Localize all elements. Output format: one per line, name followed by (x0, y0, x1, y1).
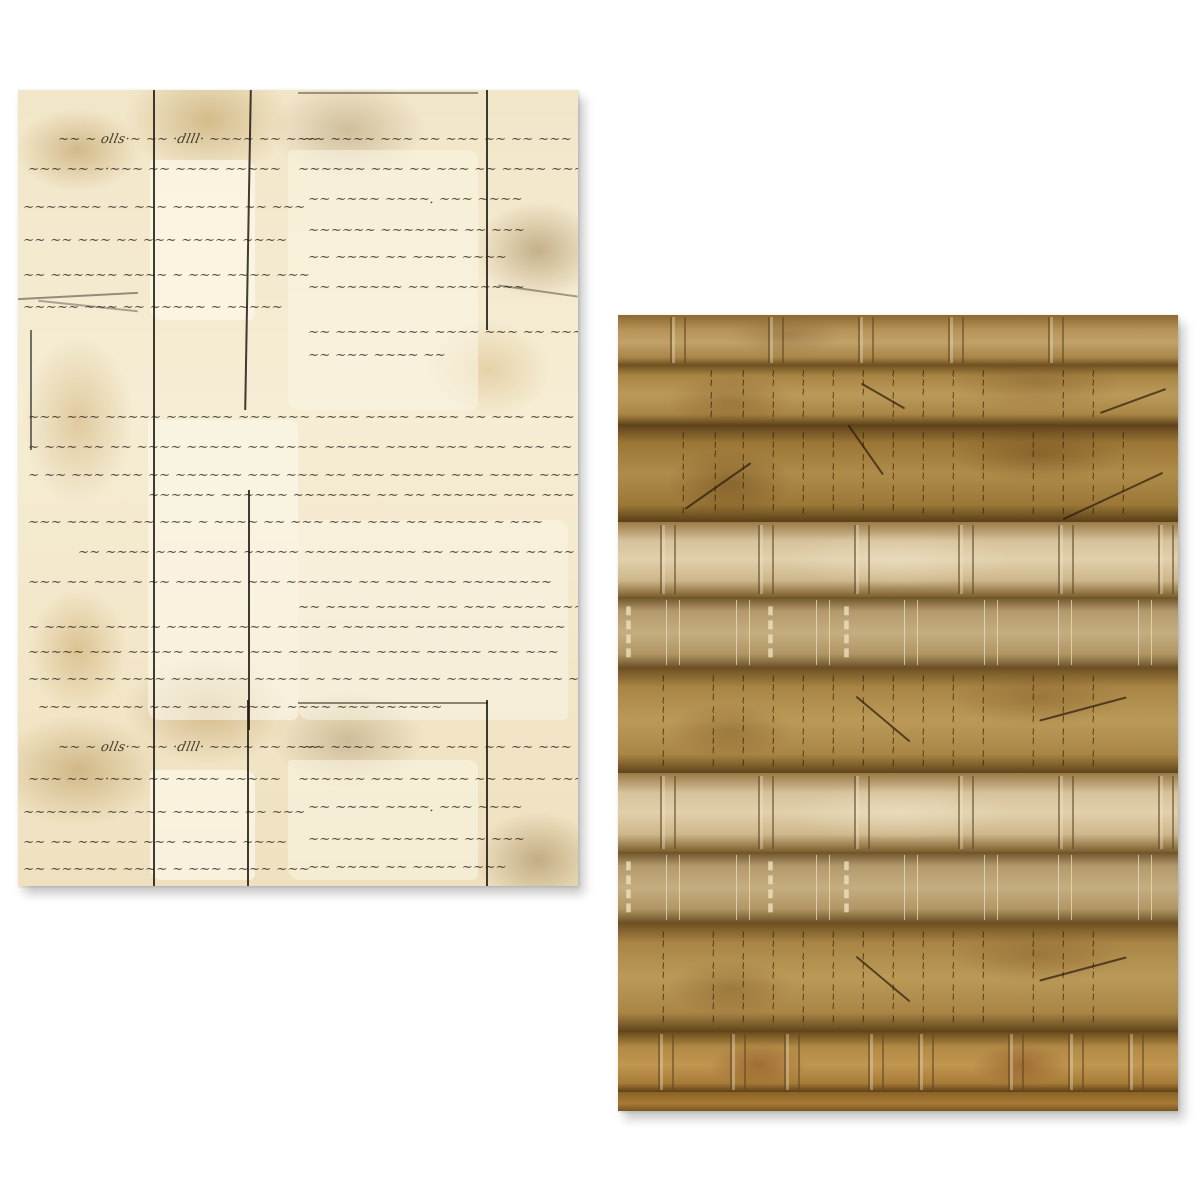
spine-rib (1008, 1034, 1024, 1089)
handwritten-letters-paper-sheet: ~~ ~ olls·~ ~~ ·dlll· ~~~~ ~~ ~~~ ~~ ~~~… (18, 90, 578, 886)
script-column: ~~ ~~~ ~~ ~~~ (798, 674, 810, 766)
handwriting-line: ~~ ~~~~~ ~~~ ~~~~ ~~~ ~~ ~~~ (306, 325, 578, 340)
script-column: ~~ ~~~~ ~~ (768, 369, 780, 422)
script-column: ~~ ~~~ ~~ ~~ (1118, 431, 1130, 516)
handwriting-line: ~~~~~~~ ~~ ~~~ ~~~~~~ ~~ ~~~ (21, 805, 307, 820)
spine-rib (784, 1034, 800, 1089)
spine-rib (1138, 600, 1152, 665)
crack-line (1039, 956, 1126, 981)
script-column: ~~~ ~~ ~~~ ~~ (768, 431, 780, 516)
handwriting-line: ~~~~~ ~~~ ~~~~~ ~~~~~ ~~~ ~~~~ ~~~ ~~~~ … (26, 645, 560, 660)
handwriting-line: ~~ ~~ ~~~ ~~ ~~~ ~~~~~ ~~~~ (21, 233, 289, 248)
handwriting-line: ~~ ~~~~~~ ~~~~ ~ ~~~ ~~~~ ~~~ (21, 862, 311, 877)
handwriting-line: ~~~~~~~ ~~ ~~~ ~~~~~~ ~~ ~~~ (21, 200, 307, 215)
spine-rib (1048, 317, 1064, 363)
script-column: ~~~ ~~ ~~~ (858, 369, 870, 422)
script-column: ~~~ ~~ ~~~ ~~ (768, 930, 780, 1026)
script-band: ~~ ~~~ ~~ ~~~ ~~ ~~~ ~~ ~~~ ~~ ~~ ~~~~ ~… (618, 923, 1178, 1032)
script-column: ~~ ~~~ ~~ ~~~ ~~ (658, 674, 670, 766)
handwriting-line: ~~~ ~~~~~~ ~~~ ~~~~ ~~~~ ~~~~ ~~~ ~~~~~~ (36, 700, 444, 715)
handwriting-line: ~~ ~~~~ ~~~~~ ~~ ~~~ ~~~~ ~~~~~~~ ~ (296, 600, 578, 615)
script-column: ~~~ ~~ ~~~ ~~ (708, 674, 720, 766)
script-column: ~~~ ~~ ~~~ ~~ (708, 930, 720, 1026)
script-column: ~~ ~~~~ ~~ (888, 369, 900, 422)
script-column: ~~~ ~~ ~~~ ~~ (828, 431, 840, 516)
handwriting-line: ~~ ~~~~ ~~~ ~~ ~~~ ~~ ~~ ~~~ (301, 132, 573, 147)
book-spine-band (618, 1092, 1178, 1111)
spine-rib (918, 1034, 934, 1089)
script-column: ~~~ ~~ ~~~ ~~ (888, 431, 900, 516)
spine-rib (816, 855, 830, 920)
handwriting-line: ~~~ ~~ ~~~ ~ ~~ ~~~~~~ ~~~ ~~~~~~ ~~ ~~~… (26, 575, 553, 590)
handwriting-line: ~~ ~~~ ~~~~ ~~ (306, 348, 447, 363)
script-column: ~~ ~~~ ~~ ~~ (978, 930, 990, 1026)
spine-rib (758, 776, 774, 849)
spine-rib (758, 525, 774, 594)
handwriting-line: ~~ ~ olls·~ ~~ ·dlll· ~~~~ ~~ ~~~ (56, 132, 321, 147)
script-column: ~~~ ~~ ~~ (1088, 369, 1100, 422)
spine-title-decorative: ▮▮▮▮▮ (840, 861, 870, 915)
paper-tear (247, 700, 249, 886)
spine-rib (854, 525, 870, 594)
script-column: ~~~ ~~ ~~ (978, 369, 990, 422)
spine-title-decorative: ▮▮▮▮▮▮ (764, 861, 794, 915)
script-column: ~~ ~~~ ~~ ~~~ (918, 431, 930, 516)
spine-rib (1058, 776, 1074, 849)
handwriting-line: ~~~ ~~ ~~ ~~~~ ~~~~~~~ ~~~~~ ~ ~~ ~~ ~~~… (26, 672, 578, 687)
handwriting-line: ~~ ~~~~ ~~~ ~~~~ ~~~~~ ~~~~~~~~~~ ~~ ~~~… (76, 545, 576, 560)
handwriting-line: ~~~~~~ ~~~~~~~ ~~ ~~~ (306, 832, 526, 847)
script-column: ~~ ~~~ ~~ ~~~ (918, 674, 930, 766)
script-column: ~~ ~~~ ~~ ~~~ (918, 930, 930, 1026)
spine-rib (1158, 525, 1174, 594)
crack-line (1039, 696, 1126, 721)
handwriting-line: ~~ ~~~~ ~~~ ~~ ~~~ ~~ ~~ ~~~ (301, 740, 573, 755)
spine-rib (1138, 855, 1152, 920)
spine-rib (1128, 1034, 1144, 1089)
handwriting-line: ~~~~~~ ~~~~~~ ~~~~~~~ ~~ ~~ ~~~~~~ ~~~ ~… (146, 488, 578, 503)
script-column: ~~~ ~~ ~~ ~~ (1088, 930, 1100, 1026)
script-column: ~~ ~~~~ ~~ ~~ (858, 930, 870, 1026)
handwriting-line: ~~ ~~~~~~ ~~ ~~~~~~~~ (306, 280, 526, 295)
spine-rib (658, 1034, 674, 1089)
script-column: ~~ ~~~~ ~~ ~~ (738, 930, 750, 1026)
spine-rib (904, 855, 918, 920)
handwriting-line: ~~ ~~~~ ~~ ~~~~ ~~~~ (306, 250, 508, 265)
script-column: ~~ ~~~ ~~ ~~~ (706, 369, 718, 422)
spine-rib (1058, 855, 1072, 920)
spine-rib (768, 317, 784, 363)
script-column: ~~ ~~~~ ~~ ~~ (738, 674, 750, 766)
script-column: ~~~ ~~ ~~~ (918, 369, 930, 422)
script-column: ~~ ~~~ ~~ (828, 369, 840, 422)
script-column: ~~~ ~~ ~~ ~~ (948, 674, 960, 766)
script-column: ~~~ ~~ ~~~ ~~ (828, 930, 840, 1026)
handwriting-line: ~~~~~~ ~~~~~~~ ~~ ~~~ (306, 223, 526, 238)
handwriting-line: ~~~ ~~ ~·~~~ ~~ ~~~~ ~~~~~ (26, 162, 282, 177)
spine-rib (854, 776, 870, 849)
spine-title-decorative: ▮▮▮▮▮▮ (622, 606, 652, 660)
spine-rib (670, 317, 686, 363)
handwriting-line: ~ ~~~ ~~ ~~ ~~~~ ~~~~~ ~~ ~~~~ ~~~~~ ~~~… (26, 440, 574, 455)
spine-rib (660, 525, 676, 594)
script-column: ~~~ ~~ ~~~ ~~ (888, 930, 900, 1026)
spine-rib (984, 600, 998, 665)
handwriting-line: ~~~ ~~~ ~~~~~ ~~~~~~ ~~~ ~~~ ~~~~ ~~~~ ~… (26, 410, 576, 425)
paper-tear (18, 292, 138, 300)
script-column: ~~~ ~~ ~~ ~~ (1028, 674, 1040, 766)
script-band: ~~ ~~~ ~~ ~~~ ~~ ~~~ ~~ ~~~ ~~ ~~ ~~~~ ~… (618, 668, 1178, 773)
spine-rib (958, 525, 974, 594)
script-column: ~~~ ~~ ~~~ ~~ (888, 674, 900, 766)
book-spine-band: ▮▮▮▮▮▮ ▮▮▮▮▮▮ ▮▮▮▮▮ (618, 852, 1178, 923)
spine-rib (736, 600, 750, 665)
script-column: ~~~ ~~ ~~ ~~ (948, 431, 960, 516)
book-spine-band (618, 1032, 1178, 1092)
book-spine-band: ▮▮▮▮▮▮ ▮▮▮▮▮▮ ▮▮▮▮▮ (618, 597, 1178, 668)
book-spine-band (618, 522, 1178, 597)
spine-rib (730, 1034, 746, 1089)
spine-title-decorative: ▮▮▮▮▮▮ (622, 861, 652, 915)
script-column: ~~ ~~~ ~~ (948, 369, 960, 422)
script-column: ~~~ ~~ ~~~ (798, 369, 810, 422)
spine-rib (816, 600, 830, 665)
spine-rib (858, 317, 874, 363)
spine-title-decorative: ▮▮▮▮▮ (840, 606, 870, 660)
handwriting-line: ~~ ~~ ~~~ ~~ ~~~ ~~~~~ ~~~~ (21, 835, 289, 850)
script-column: ~~ ~~~ ~~ ~~~ ~~ (678, 431, 690, 516)
crack-line (1100, 388, 1166, 414)
script-column: ~~~ ~~ ~~ ~~ (1088, 674, 1100, 766)
handwriting-line: ~~ ~~~~ ~~~~. ~~~ ~~~~ (306, 192, 524, 207)
spine-rib (666, 600, 680, 665)
spine-rib (948, 317, 964, 363)
spine-rib (868, 1034, 884, 1089)
book-spine-band (618, 315, 1178, 365)
book-spine-band (618, 773, 1178, 852)
handwriting-line: ~~~ ~~ ~·~~~ ~~ ~~~~ ~~~~~ (26, 772, 282, 787)
script-column: ~~~ ~~ ~~~ ~~ (768, 674, 780, 766)
spine-rib (666, 855, 680, 920)
script-column: ~~~ ~~ ~~~ ~~ (710, 431, 722, 516)
handwriting-line: ~~ ~~~~ ~~ ~~~~ ~~~~ (306, 860, 508, 875)
handwriting-line: ~~~~~~ ~~~ ~~ ~~~ ~~ ~~~~ ~~~~ (296, 772, 578, 787)
script-column: ~~ ~~~ ~~ ~~ (978, 674, 990, 766)
handwriting-line: ~ ~~ ~~~ ~~~ ~~ ~~~~~~ ~~~ ~~~ ~~ ~~~ ~~… (26, 468, 578, 483)
script-column: ~~ ~~~ ~~ ~~~ (798, 930, 810, 1026)
spine-rib (660, 776, 676, 849)
handwriting-line: ~~ ~~~~ ~~~~. ~~~ ~~~~ (306, 800, 524, 815)
spine-rib (1058, 600, 1072, 665)
spine-rib (984, 855, 998, 920)
handwriting-line: ~~ ~ olls·~ ~~ ·dlll· ~~~~ ~~ ~~~ (56, 740, 321, 755)
spine-title-decorative: ▮▮▮▮▮▮ (764, 606, 794, 660)
script-column: ~~~ ~~ ~~ ~~ (1028, 431, 1040, 516)
script-column: ~~~ ~~ ~~~ (738, 369, 750, 422)
script-band: ~~ ~~~ ~~ ~~~ ~~~ ~~ ~~~ ~~ ~~~~ ~~ ~~~ … (618, 365, 1178, 425)
script-column: ~~~ ~~ ~~~ ~~ (828, 674, 840, 766)
script-column: ~~~ ~~ ~~ ~~ (948, 930, 960, 1026)
script-column: ~~ ~~~ ~~ ~~~ ~~ (658, 930, 670, 1026)
spine-rib (1068, 1034, 1084, 1089)
script-column: ~~ ~~~ ~~ ~~ (1058, 930, 1070, 1026)
script-column: ~~ ~~~ ~~ ~~ (1058, 674, 1070, 766)
paper-tear (486, 700, 488, 886)
book-spines-paper-sheet: ~~ ~~~ ~~ ~~~ ~~~ ~~ ~~~ ~~ ~~~~ ~~ ~~~ … (618, 315, 1178, 1111)
script-column: ~~ ~~~ ~~ (1058, 369, 1070, 422)
handwriting-line: ~~~~~~ ~~~ ~~ ~~~ ~~ ~~~~ ~~~~ (296, 162, 578, 177)
paper-tear (298, 92, 478, 94)
script-column: ~~ ~~~~ ~~ ~~ (858, 674, 870, 766)
script-column: ~~~ ~~ ~~ ~~ (1028, 930, 1040, 1026)
script-column: ~~ ~~~~ ~~ ~~ (738, 431, 750, 516)
handwriting-line: ~ ~~~~~ ~~~~~ ~~~~~ ~~~~ ~~~~ ~ ~~~~~~ ~… (26, 620, 567, 635)
script-column: ~~ ~~~ ~~ ~~~ (798, 431, 810, 516)
crack-line (1063, 472, 1164, 520)
paper-tear (30, 330, 32, 450)
handwriting-line: ~~ ~~~~~~ ~~~~ ~ ~~~ ~~~~ ~~~ (21, 268, 311, 283)
handwriting-line: ~~~ ~~~ ~~ ~~ ~~~ ~ ~~~~ ~~ ~~~ ~~~ ~~~ … (26, 515, 544, 530)
script-column: ~~ ~~~ ~~ ~~ (978, 431, 990, 516)
spine-rib (1158, 776, 1174, 849)
handwriting-line: ~~~~~ ~~~ ~~ ~~~~~ ~ ~~~~~ (21, 300, 284, 315)
script-band: ~~ ~~~ ~~ ~~~ ~~ ~~~ ~~ ~~~ ~~ ~~ ~~~~ ~… (618, 425, 1178, 522)
spine-rib (736, 855, 750, 920)
spine-rib (904, 600, 918, 665)
spine-rib (1058, 525, 1074, 594)
script-column: ~~ ~~~ ~~ ~~ (1058, 431, 1070, 516)
spine-rib (958, 776, 974, 849)
